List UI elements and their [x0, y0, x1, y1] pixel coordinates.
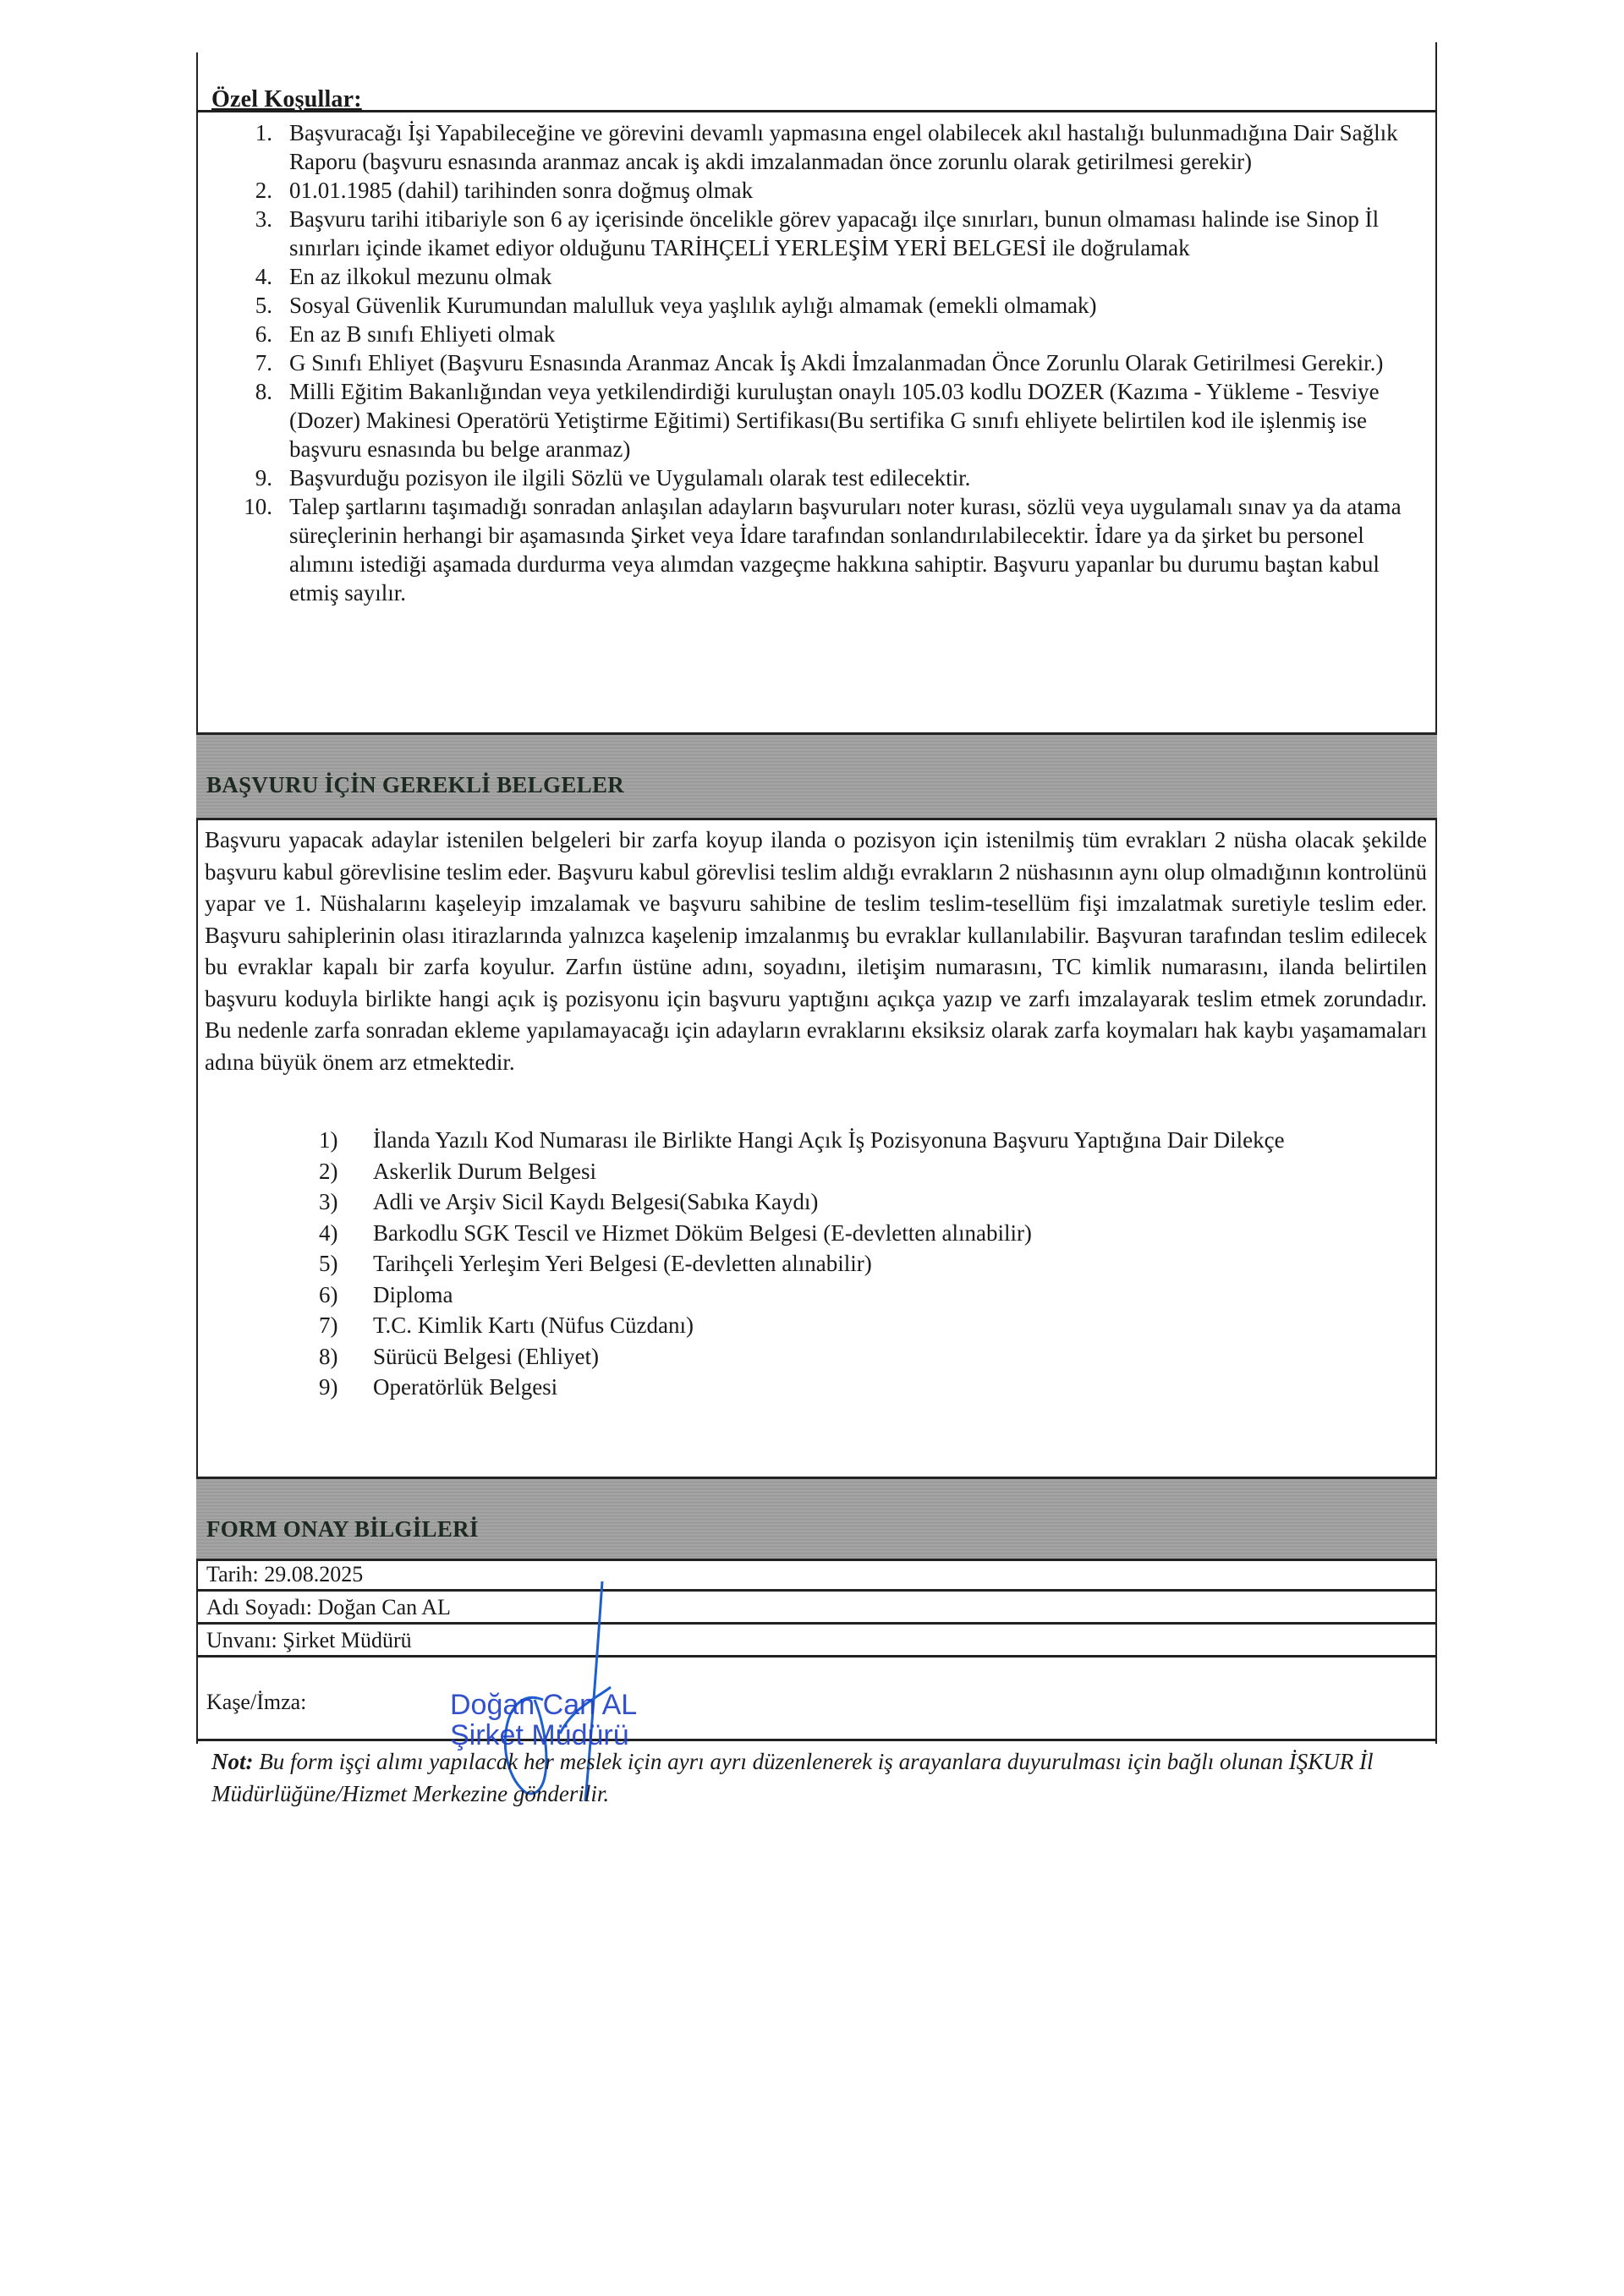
- required-docs-list: 1)İlanda Yazılı Kod Numarası ile Birlikt…: [319, 1125, 1376, 1403]
- note-text: Bu form işçi alımı yapılacak her meslek …: [211, 1749, 1374, 1806]
- stamp-row: Kaşe/İmza:: [196, 1658, 1437, 1741]
- note-label: Not:: [211, 1749, 254, 1774]
- list-item: 2.01.01.1985 (dahil) tarihinden sonra do…: [196, 176, 1414, 205]
- form-approval-title: FORM ONAY BİLGİLERİ: [206, 1516, 479, 1543]
- special-conditions-list: 1.Başvuracağı İşi Yapabileceğine ve göre…: [196, 118, 1414, 607]
- required-docs-title: BAŞVURU İÇİN GEREKLİ BELGELER: [206, 772, 624, 798]
- name-field: Adı Soyadı: Doğan Can AL: [206, 1595, 451, 1620]
- list-item: 2)Askerlik Durum Belgesi: [319, 1156, 1376, 1187]
- form-approval-header: FORM ONAY BİLGİLERİ: [196, 1477, 1437, 1561]
- list-item: 3)Adli ve Arşiv Sicil Kaydı Belgesi(Sabı…: [319, 1186, 1376, 1218]
- list-item: 8)Sürücü Belgesi (Ehliyet): [319, 1341, 1376, 1373]
- list-item: 7)T.C. Kimlik Kartı (Nüfus Cüzdanı): [319, 1310, 1376, 1341]
- list-item: 3.Başvuru tarihi itibariyle son 6 ay içe…: [196, 205, 1414, 262]
- stamp-label: Kaşe/İmza:: [206, 1690, 306, 1715]
- title-row: Unvanı: Şirket Müdürü: [196, 1625, 1437, 1658]
- list-item: 1)İlanda Yazılı Kod Numarası ile Birlikt…: [319, 1125, 1376, 1156]
- date-field: Tarih: 29.08.2025: [206, 1562, 363, 1587]
- list-item: 10.Talep şartlarını taşımadığı sonradan …: [196, 492, 1414, 607]
- list-item: 6.En az B sınıfı Ehliyeti olmak: [196, 320, 1414, 348]
- name-row: Adı Soyadı: Doğan Can AL: [196, 1592, 1437, 1625]
- list-item: 5)Tarihçeli Yerleşim Yeri Belgesi (E-dev…: [319, 1248, 1376, 1280]
- list-item: 1.Başvuracağı İşi Yapabileceğine ve göre…: [196, 118, 1414, 176]
- list-item: 5.Sosyal Güvenlik Kurumundan malulluk ve…: [196, 291, 1414, 320]
- list-item: 6)Diploma: [319, 1280, 1376, 1311]
- list-item: 4)Barkodlu SGK Tescil ve Hizmet Döküm Be…: [319, 1218, 1376, 1249]
- job-title-field: Unvanı: Şirket Müdürü: [206, 1628, 412, 1653]
- footer-note: Not: Bu form işçi alımı yapılacak her me…: [211, 1745, 1455, 1810]
- required-docs-header: BAŞVURU İÇİN GEREKLİ BELGELER: [196, 732, 1437, 820]
- list-item: 8.Milli Eğitim Bakanlığından veya yetkil…: [196, 377, 1414, 463]
- list-item: 9)Operatörlük Belgesi: [319, 1372, 1376, 1403]
- list-item: 4.En az ilkokul mezunu olmak: [196, 262, 1414, 291]
- list-item: 7.G Sınıfı Ehliyet (Başvuru Esnasında Ar…: [196, 348, 1414, 377]
- divider: [196, 110, 1437, 112]
- list-item: 9.Başvurduğu pozisyon ile ilgili Sözlü v…: [196, 463, 1414, 492]
- date-row: Tarih: 29.08.2025: [196, 1559, 1437, 1592]
- required-docs-paragraph: Başvuru yapacak adaylar istenilen belgel…: [205, 825, 1427, 1078]
- company-stamp: Doğan Can AL Şirket Müdürü: [450, 1690, 637, 1751]
